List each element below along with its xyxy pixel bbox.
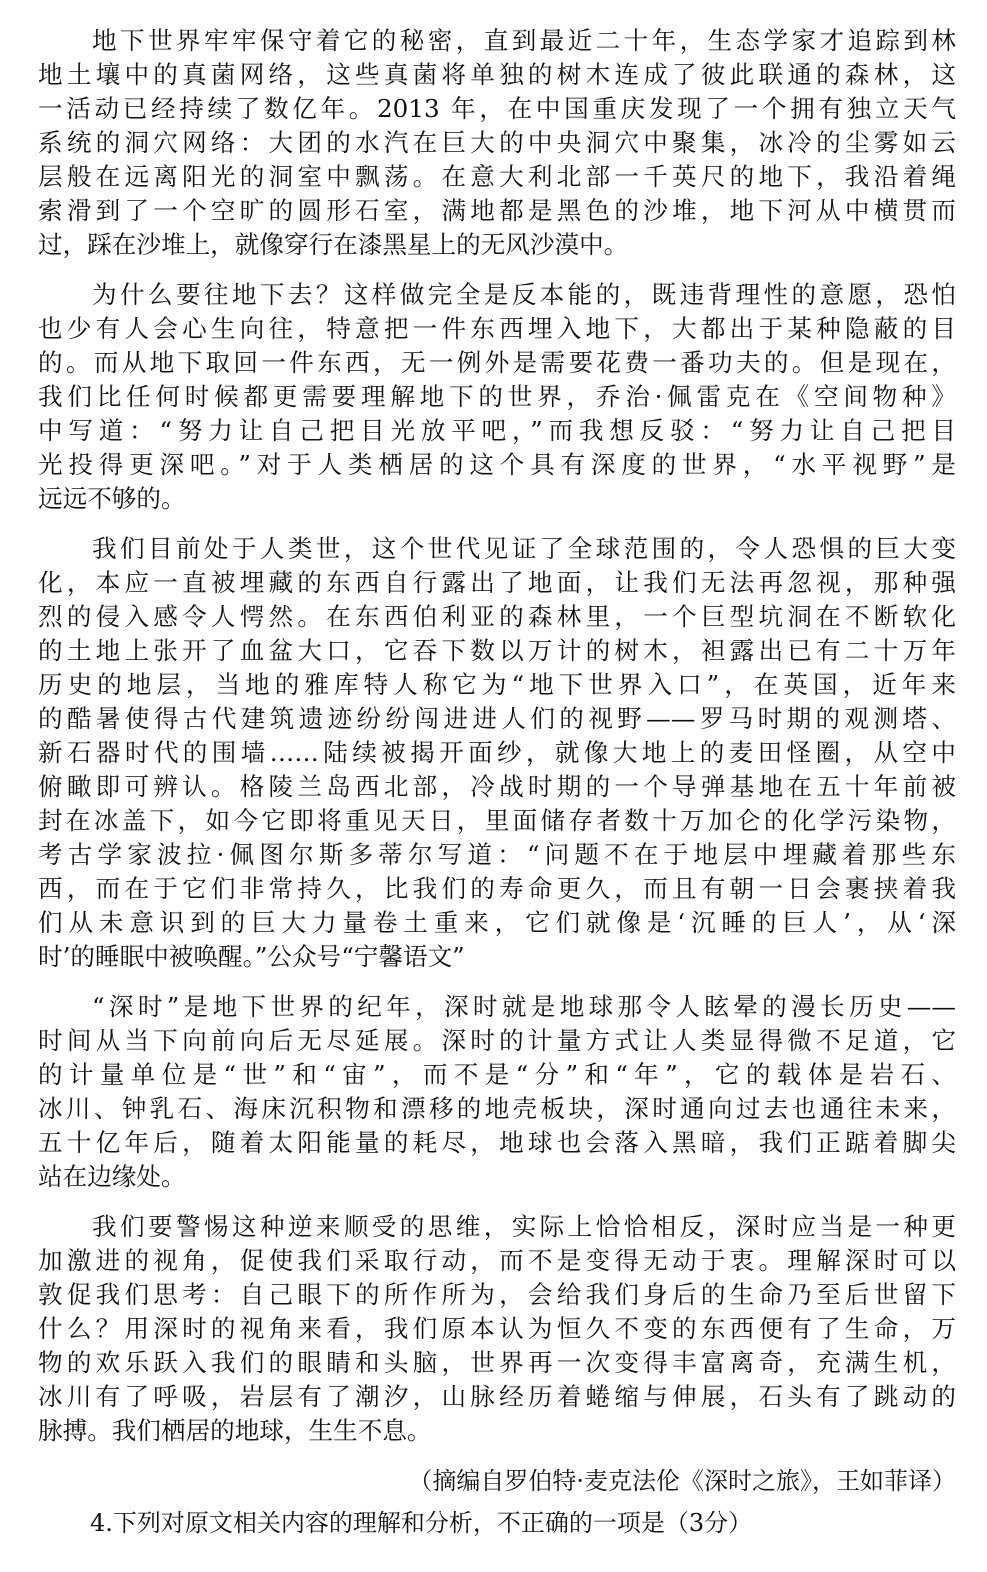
text-line: 站在边缘处。 (38, 1160, 956, 1194)
source-citation: （摘编自罗伯特·麦克法伦《深时之旅》，王如菲译） (38, 1464, 956, 1498)
text-line: 新石器时代的围墙……陆续被揭开面纱，就像大地上的麦田怪圈，从空中 (38, 736, 956, 770)
text-line: 什么？用深时的视角来看，我们原本认为恒久不变的东西便有了生命，万 (38, 1312, 956, 1346)
text-line: 我们目前处于人类世，这个世代见证了全球范围的，令人恐惧的巨大变 (38, 532, 956, 566)
paragraph-1: 地下世界牢牢保守着它的秘密，直到最近二十年，生态学家才追踪到林 地土壤中的真菌网… (38, 24, 956, 262)
text-line: 光投得更深吧。”对于人类栖居的这个具有深度的世界，“水平视野”是 (38, 448, 956, 482)
document-page: 地下世界牢牢保守着它的秘密，直到最近二十年，生态学家才追踪到林 地土壤中的真菌网… (38, 24, 956, 1540)
text-line: 的计量单位是“世”和“宙”，而不是“分”和“年”，它的载体是岩石、 (38, 1058, 956, 1092)
text-line: 地土壤中的真菌网络，这些真菌将单独的树木连成了彼此联通的森林，这 (38, 58, 956, 92)
text-line: 冰川、钟乳石、海床沉积物和漂移的地壳板块，深时通向过去也通往未来， (38, 1092, 956, 1126)
text-line: 物的欢乐跃入我们的眼睛和头脑，世界再一次变得丰富离奇，充满生机， (38, 1346, 956, 1380)
text-line: 中写道：“努力让自己把目光放平吧，”而我想反驳：“努力让自己把目 (38, 414, 956, 448)
text-line: 五十亿年后，随着太阳能量的耗尽，地球也会落入黑暗，我们正踮着脚尖 (38, 1126, 956, 1160)
text-line: 索滑到了一个空旷的圆形石室，满地都是黑色的沙堆，地下河从中横贯而 (38, 194, 956, 228)
text-line: 的酷暑使得古代建筑遗迹纷纷闯进进人们的视野——罗马时期的观测塔、 (38, 702, 956, 736)
text-line: 系统的洞穴网络：大团的水汽在巨大的中央洞穴中聚集，冰冷的尘雾如云 (38, 126, 956, 160)
text-line: 过，踩在沙堆上，就像穿行在漆黑星上的无风沙漠中。 (38, 228, 956, 262)
text-line: 也少有人会心生向往，特意把一件东西埋入地下，大都出于某种隐蔽的目 (38, 312, 956, 346)
paragraph-5: 我们要警惕这种逆来顺受的思维，实际上恰恰相反，深时应当是一种更 加激进的视角，促… (38, 1210, 956, 1448)
text-line: 冰川有了呼吸，岩层有了潮汐，山脉经历着蜷缩与伸展，石头有了跳动的 (38, 1380, 956, 1414)
text-line: 远远不够的。 (38, 482, 956, 516)
text-line: 层般在远离阳光的洞室中飘荡。在意大利北部一千英尺的地下，我沿着绳 (38, 160, 956, 194)
paragraph-3: 我们目前处于人类世，这个世代见证了全球范围的，令人恐惧的巨大变 化，本应一直被埋… (38, 532, 956, 974)
text-line: 们从未意识到的巨大力量卷土重来，它们就像是‘沉睡的巨人’，从‘深 (38, 906, 956, 940)
text-line: “深时”是地下世界的纪年，深时就是地球那令人眩晕的漫长历史—— (38, 990, 956, 1024)
text-line: 时间从当下向前向后无尽延展。深时的计量方式让人类显得微不足道，它 (38, 1024, 956, 1058)
question-prompt: 4.下列对原文相关内容的理解和分析，不正确的一项是（3分） (38, 1506, 956, 1540)
text-line: 一活动已经持续了数亿年。2013 年，在中国重庆发现了一个拥有独立天气 (38, 92, 956, 126)
text-line: 化，本应一直被埋藏的东西自行露出了地面，让我们无法再忽视，那种强 (38, 566, 956, 600)
paragraph-2: 为什么要往地下去？这样做完全是反本能的，既违背理性的意愿，恐怕 也少有人会心生向… (38, 278, 956, 516)
paragraph-4: “深时”是地下世界的纪年，深时就是地球那令人眩晕的漫长历史—— 时间从当下向前向… (38, 990, 956, 1194)
text-line: 脉搏。我们栖居的地球，生生不息。 (38, 1414, 956, 1448)
text-line: 烈的侵入感令人愕然。在东西伯利亚的森林里，一个巨型坑洞在不断软化 (38, 600, 956, 634)
text-line: 加激进的视角，促使我们采取行动，而不是变得无动于衷。理解深时可以 (38, 1244, 956, 1278)
text-line: 历史的地层，当地的雅库特人称它为“地下世界入口”，在英国，近年来 (38, 668, 956, 702)
text-line: 的土地上张开了血盆大口，它吞下数以万计的树木，袒露出已有二十万年 (38, 634, 956, 668)
text-line: 封在冰盖下，如今它即将重见天日，里面储存者数十万加仑的化学污染物， (38, 804, 956, 838)
text-line: 地下世界牢牢保守着它的秘密，直到最近二十年，生态学家才追踪到林 (38, 24, 956, 58)
text-line: 西，而在于它们非常持久，比我们的寿命更久，而且有朝一日会裹挟着我 (38, 872, 956, 906)
text-line: 为什么要往地下去？这样做完全是反本能的，既违背理性的意愿，恐怕 (38, 278, 956, 312)
text-line: 俯瞰即可辨认。格陵兰岛西北部，冷战时期的一个导弹基地在五十年前被 (38, 770, 956, 804)
text-line: 敦促我们思考：自己眼下的所作所为，会给我们身后的生命乃至后世留下 (38, 1278, 956, 1312)
text-line: 我们比任何时候都更需要理解地下的世界，乔治·佩雷克在《空间物种》 (38, 380, 956, 414)
text-line: 我们要警惕这种逆来顺受的思维，实际上恰恰相反，深时应当是一种更 (38, 1210, 956, 1244)
text-line: 考古学家波拉·佩图尔斯多蒂尔写道：“问题不在于地层中埋藏着那些东 (38, 838, 956, 872)
text-line: 的。而从地下取回一件东西，无一例外是需要花费一番功夫的。但是现在， (38, 346, 956, 380)
text-line: 时’的睡眠中被唤醒。”公众号“宁馨语文” (38, 940, 956, 974)
